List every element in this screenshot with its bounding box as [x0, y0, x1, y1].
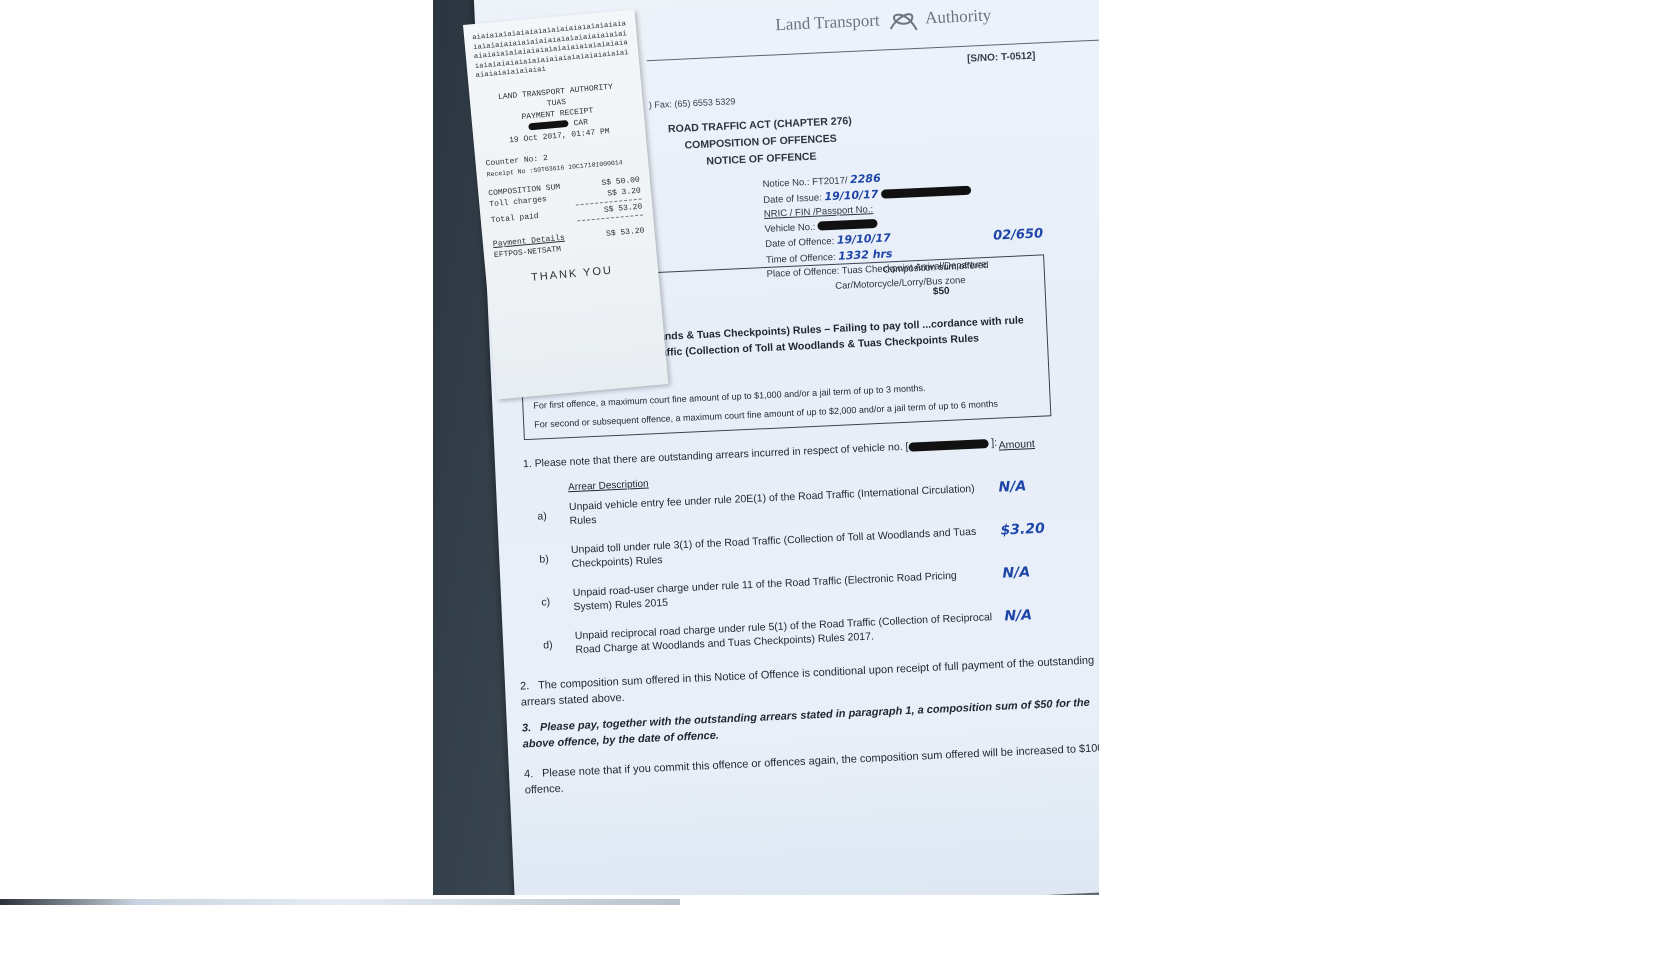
arrears-list: a) Unpaid vehicle entry fee under rule 2… — [537, 478, 1064, 673]
serial-number: [S/NO: T-0512] — [967, 51, 1036, 65]
photo: Land Transport Authority [S/NO: T-0512] … — [433, 0, 1099, 895]
fax-number: ) Fax: (65) 6553 5329 — [649, 96, 736, 110]
payment-receipt: aiaiaiaiaiaiaiaiaiaiaiaiaiaiaiaiaiaiaiai… — [463, 9, 668, 399]
lta-swoosh-icon — [885, 8, 920, 34]
lta-logo: Land Transport Authority — [775, 5, 992, 39]
receipt-thanks: THANK YOU — [486, 260, 658, 288]
paragraph-1: 1. Please note that there are outstandin… — [523, 434, 1063, 470]
redaction — [529, 120, 569, 131]
redaction — [908, 439, 988, 452]
redaction — [881, 186, 971, 199]
handwritten-reference: 02/650 — [993, 226, 1044, 243]
redaction — [818, 219, 878, 231]
document-titles: ROAD TRAFFIC ACT (CHAPTER 276) COMPOSITI… — [660, 113, 862, 173]
composition-sum-value: $50 — [933, 286, 950, 298]
photo-strip — [0, 899, 680, 960]
amount-header: Amount — [998, 438, 1035, 452]
composition-sum-label: Composition sum offered — [883, 260, 989, 276]
arrear-description-header: Arrear Description — [568, 479, 649, 494]
